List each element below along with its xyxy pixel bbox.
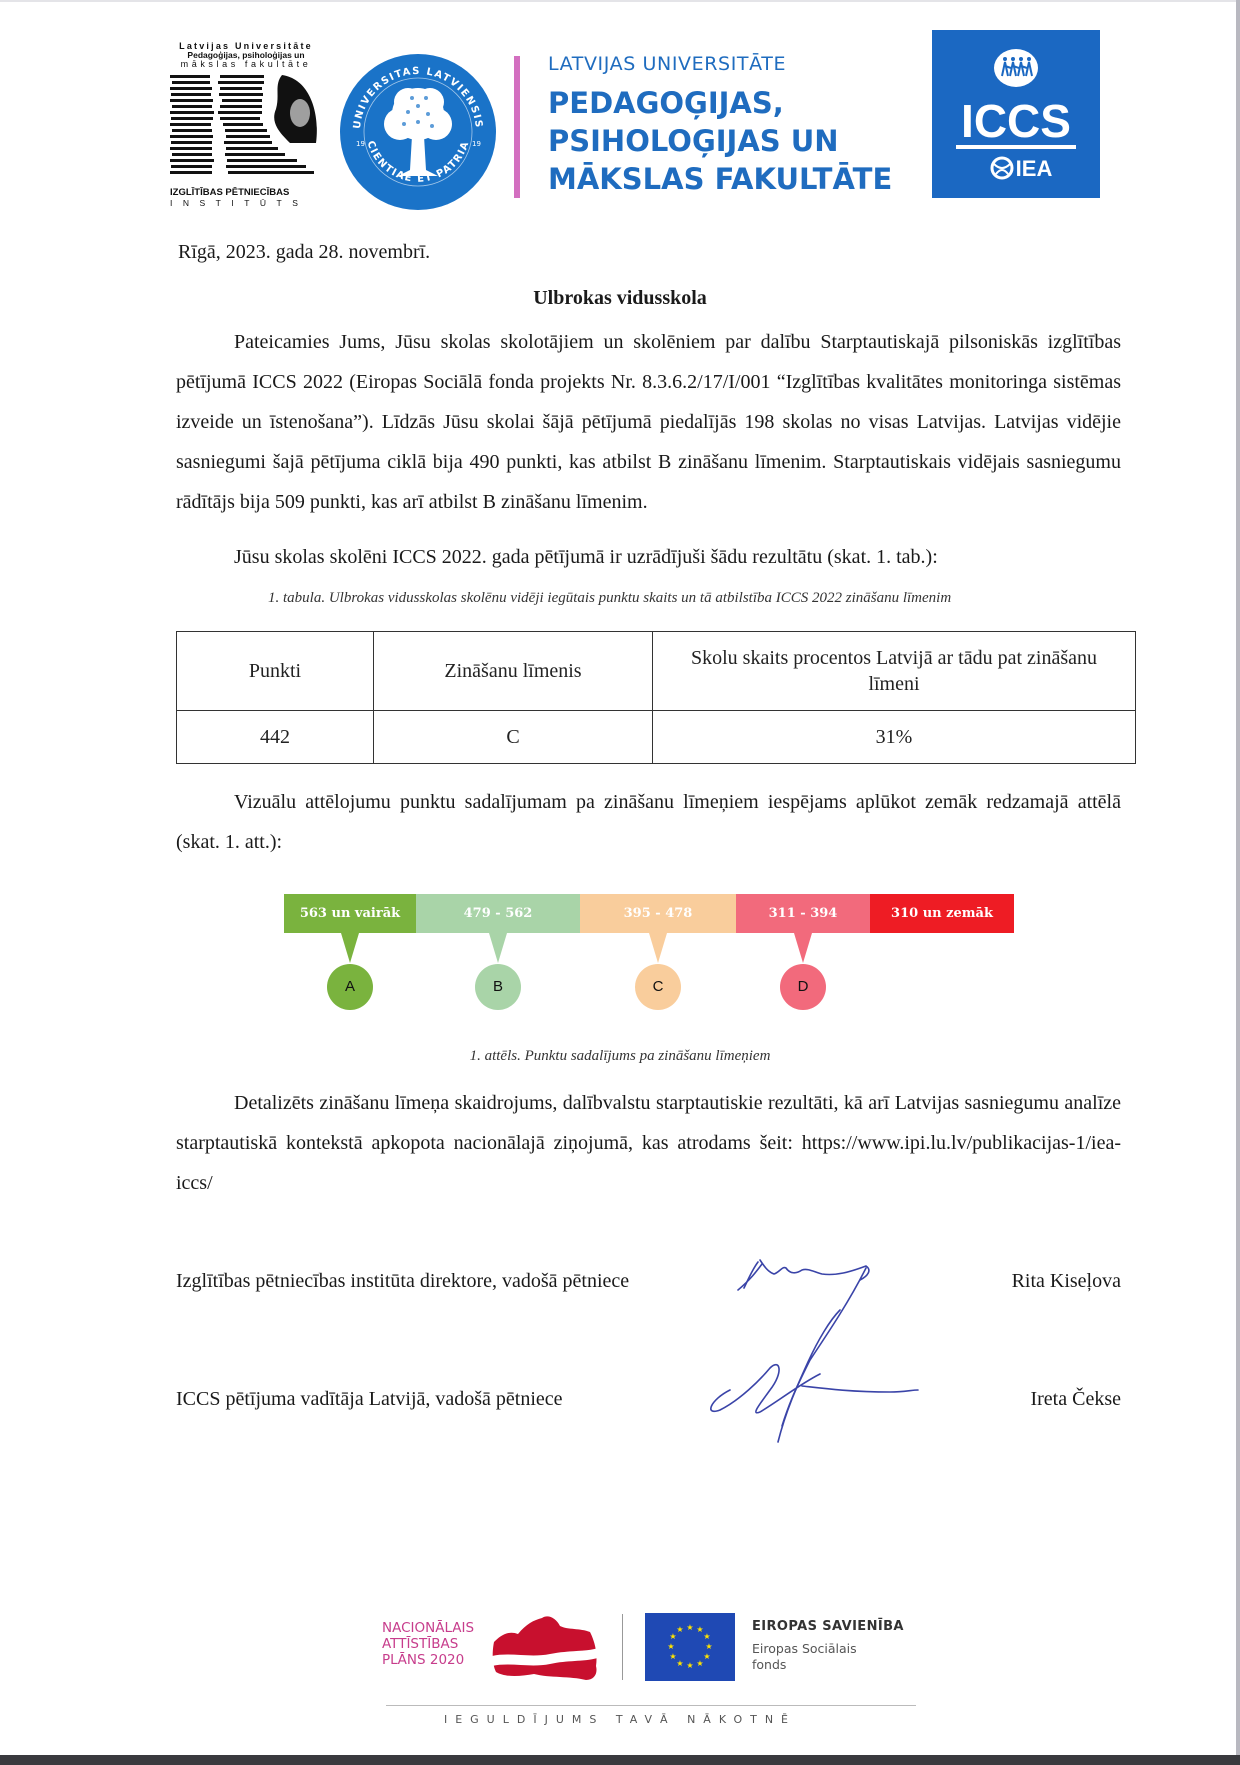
paragraph-report-link: Detalizēts zināšanu līmeņa skaidrojums, … bbox=[176, 1083, 1121, 1203]
scale-pointer-icon bbox=[649, 933, 667, 963]
table-caption: 1. tabula. Ulbrokas vidusskolas skolēnu … bbox=[268, 590, 951, 607]
faculty-logo-line4: MĀKSLAS FAKULTĀTE bbox=[548, 160, 892, 198]
handwritten-signatures-icon bbox=[690, 1250, 970, 1450]
figure-caption: 1. attēls. Punktu sadalījums pa zināšanu… bbox=[0, 1048, 1240, 1065]
level-badge: A bbox=[327, 964, 373, 1010]
faculty-logo-name: PEDAGOĢIJAS, PSIHOLOĢIJAS UN MĀKSLAS FAK… bbox=[548, 84, 892, 198]
svg-text:★: ★ bbox=[705, 1642, 712, 1651]
page-edge-bottom bbox=[0, 1755, 1240, 1765]
ipi-logo: Latvijas Universitāte Pedagoģijas, psiho… bbox=[170, 42, 322, 214]
ipi-logo-bottom-line2: INSTITŪTS bbox=[170, 198, 322, 208]
faculty-logo-line2: PEDAGOĢIJAS, bbox=[548, 84, 892, 122]
ipi-stripes-globe-icon bbox=[170, 73, 320, 181]
faculty-logo: LATVIJAS UNIVERSITĀTE PEDAGOĢIJAS, PSIHO… bbox=[514, 50, 914, 200]
level-badge: C bbox=[635, 964, 681, 1010]
scale-segment: 311 - 394 bbox=[736, 894, 870, 933]
footer-slogan: IEGULDĪJUMS TAVĀ NĀKOTNĒ bbox=[0, 1713, 1240, 1726]
signatory-name: Rita Kiseļova bbox=[1012, 1270, 1121, 1293]
ipi-logo-line3: mākslas fakultāte bbox=[170, 60, 322, 69]
paragraph-results-intro-text: Jūsu skolas skolēni ICCS 2022. gada pētī… bbox=[176, 537, 1121, 577]
signatory-role: ICCS pētījuma vadītāja Latvijā, vadošā p… bbox=[176, 1388, 563, 1411]
scale-pointer-icon bbox=[794, 933, 812, 963]
svg-text:★: ★ bbox=[696, 1659, 703, 1668]
svg-text:★: ★ bbox=[686, 1623, 693, 1632]
faculty-logo-university: LATVIJAS UNIVERSITĀTE bbox=[548, 53, 786, 75]
footer-rule bbox=[386, 1705, 916, 1706]
svg-text:★: ★ bbox=[676, 1659, 683, 1668]
faculty-logo-line3: PSIHOLOĢIJAS UN bbox=[548, 122, 892, 160]
table-header-row: Punkti Zināšanu līmenis Skolu skaits pro… bbox=[177, 632, 1136, 711]
paragraph-figure-intro-text: Vizuālu attēlojumu punktu sadalījumam pa… bbox=[176, 782, 1121, 862]
svg-text:★: ★ bbox=[703, 1632, 710, 1641]
page-edge-top bbox=[0, 0, 1240, 2]
paragraph-figure-intro: Vizuālu attēlojumu punktu sadalījumam pa… bbox=[176, 782, 1121, 862]
svg-text:★: ★ bbox=[669, 1652, 676, 1661]
cell-level: C bbox=[374, 711, 653, 764]
scale-segment: 310 un zemāk bbox=[870, 894, 1014, 933]
eu-fund-line2: fonds bbox=[752, 1657, 857, 1673]
eu-title: EIROPAS SAVIENĪBA bbox=[752, 1619, 904, 1634]
ipi-logo-bottom-text: IZGLĪTĪBAS PĒTNIECĪBAS INSTITŪTS bbox=[170, 188, 322, 208]
svg-text:★: ★ bbox=[686, 1661, 693, 1670]
level-badge: D bbox=[780, 964, 826, 1010]
paragraph-report-link-text: Detalizēts zināšanu līmeņa skaidrojums, … bbox=[176, 1083, 1121, 1203]
paragraph-intro-text: Pateicamies Jums, Jūsu skolas skolotājie… bbox=[176, 322, 1121, 522]
lu-seal-tree-icon: UNIVERSITAS LATVIENSIS SCIENTIAE ET PATR… bbox=[338, 52, 498, 212]
ipi-logo-top-text: Latvijas Universitāte Pedagoģijas, psiho… bbox=[170, 42, 322, 69]
svg-text:★: ★ bbox=[703, 1652, 710, 1661]
svg-text:★: ★ bbox=[676, 1625, 683, 1634]
scale-segment: 563 un vairāk bbox=[284, 894, 416, 933]
header-points: Punkti bbox=[177, 632, 374, 711]
nap-line2: ATTĪSTĪBAS bbox=[382, 1636, 474, 1652]
iccs-iea-icon: ICCS IEA bbox=[932, 30, 1100, 198]
knowledge-level-scale: 563 un vairākA479 - 562B395 - 478C311 - … bbox=[284, 894, 1014, 1034]
paragraph-results-intro: Jūsu skolas skolēni ICCS 2022. gada pētī… bbox=[176, 537, 1121, 577]
faculty-logo-accent-bar bbox=[514, 56, 520, 198]
eu-flag-icon: ★★★★ ★★★★ ★★★★ bbox=[645, 1613, 735, 1681]
svg-text:IEA: IEA bbox=[1016, 156, 1053, 181]
header-level: Zināšanu līmenis bbox=[374, 632, 653, 711]
nap-line1: NACIONĀLAIS bbox=[382, 1620, 474, 1636]
scale-segment: 395 - 478 bbox=[580, 894, 736, 933]
signatory-role: Izglītības pētniecības institūta direkto… bbox=[176, 1270, 629, 1293]
eu-fund-name: Eiropas Sociālais fonds bbox=[752, 1641, 857, 1673]
cell-school-share: 31% bbox=[653, 711, 1136, 764]
nap2020-logo-text: NACIONĀLAIS ATTĪSTĪBAS PLĀNS 2020 bbox=[382, 1620, 474, 1668]
header-school-share: Skolu skaits procentos Latvijā ar tādu p… bbox=[653, 632, 1136, 711]
paragraph-intro: Pateicamies Jums, Jūsu skolas skolotājie… bbox=[176, 322, 1121, 522]
school-name: Ulbrokas vidusskola bbox=[0, 278, 1240, 318]
footer-divider bbox=[622, 1614, 623, 1680]
scale-pointer-icon bbox=[489, 933, 507, 963]
svg-text:19: 19 bbox=[356, 140, 365, 148]
iccs-logo: ICCS IEA bbox=[932, 30, 1100, 198]
scale-pointer-icon bbox=[341, 933, 359, 963]
svg-text:19: 19 bbox=[472, 140, 481, 148]
ipi-logo-bottom-line1: IZGLĪTĪBAS PĒTNIECĪBAS bbox=[170, 188, 322, 198]
signatory-name: Ireta Čekse bbox=[1030, 1388, 1121, 1411]
eu-fund-line1: Eiropas Sociālais bbox=[752, 1641, 857, 1657]
page-edge-right bbox=[1236, 0, 1240, 1765]
scale-segment: 479 - 562 bbox=[416, 894, 580, 933]
cell-points: 442 bbox=[177, 711, 374, 764]
svg-text:★: ★ bbox=[667, 1642, 674, 1651]
table-row: 442 C 31% bbox=[177, 711, 1136, 764]
level-badge: B bbox=[475, 964, 521, 1010]
letter-date: Rīgā, 2023. gada 28. novembrī. bbox=[178, 232, 430, 272]
latvia-flag-map-icon bbox=[490, 1612, 602, 1684]
results-table: Punkti Zināšanu līmenis Skolu skaits pro… bbox=[176, 631, 1136, 764]
svg-text:ICCS: ICCS bbox=[961, 95, 1071, 147]
nap-line3: PLĀNS 2020 bbox=[382, 1652, 474, 1668]
